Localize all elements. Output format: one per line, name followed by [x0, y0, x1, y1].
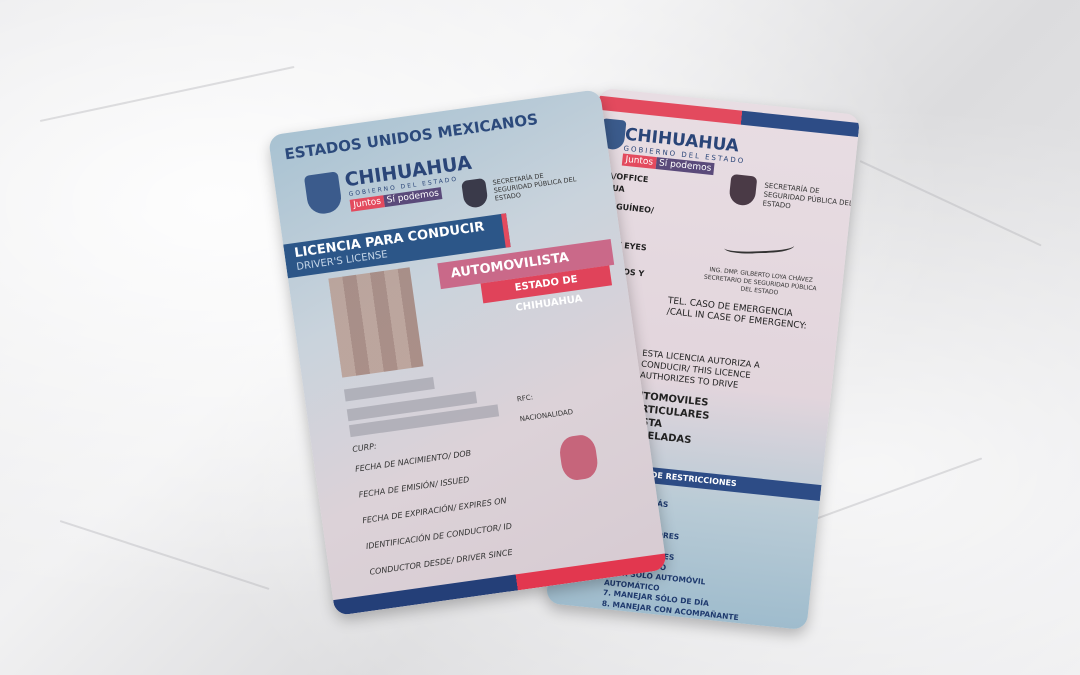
marble-vein [40, 66, 295, 122]
slogan-a: Juntos [350, 195, 385, 212]
license-title: LICENCIA PARA CONDUCIR [294, 220, 486, 262]
authorization-text: ESTA LICENCIA AUTORIZA A CONDUCIR/ THIS … [639, 349, 802, 399]
license-card-front: ESTADOS UNIDOS MEXICANOS CHIHUAHUA GOBIE… [268, 89, 667, 616]
coat-of-arms-icon [304, 171, 343, 215]
label-driver-id: IDENTIFICACIÓN DE CONDUCTOR/ ID [365, 522, 512, 551]
label-rfc: RFC: [516, 393, 533, 403]
emergency-label: TEL. CASO DE EMERGENCIA /CALL IN CASE OF… [666, 296, 817, 334]
label-expires: FECHA DE EXPIRACIÓN/ EXPIRES ON [362, 496, 507, 525]
label-issued: FECHA DE EMISIÓN/ ISSUED [358, 475, 470, 499]
slogan-a: Juntos [622, 154, 657, 169]
label-curp: CURP: [352, 442, 377, 454]
label-dob: FECHA DE NACIMIENTO/ DOB [355, 449, 472, 474]
marble-vein [860, 160, 1042, 246]
signatory: ING. DMP. GILBERTO LOYA CHÁVEZ SECRETARI… [699, 265, 821, 301]
police-seal-icon [461, 178, 489, 209]
secretaria-label: SECRETARÍA DE SEGURIDAD PÚBLICA DEL ESTA… [762, 181, 854, 217]
label-driver-since: CONDUCTOR DESDE/ DRIVER SINCE [369, 548, 513, 577]
blurred-photo [328, 267, 423, 377]
state-map-hologram [558, 433, 600, 482]
police-seal-icon [728, 174, 757, 207]
signature [724, 236, 795, 254]
secretaria-label: SECRETARÍA DE SEGURIDAD PÚBLICA DEL ESTA… [492, 166, 584, 202]
marble-vein [60, 520, 270, 590]
label-nationality: NACIONALIDAD [519, 408, 573, 423]
country-title: ESTADOS UNIDOS MEXICANOS [283, 110, 539, 163]
